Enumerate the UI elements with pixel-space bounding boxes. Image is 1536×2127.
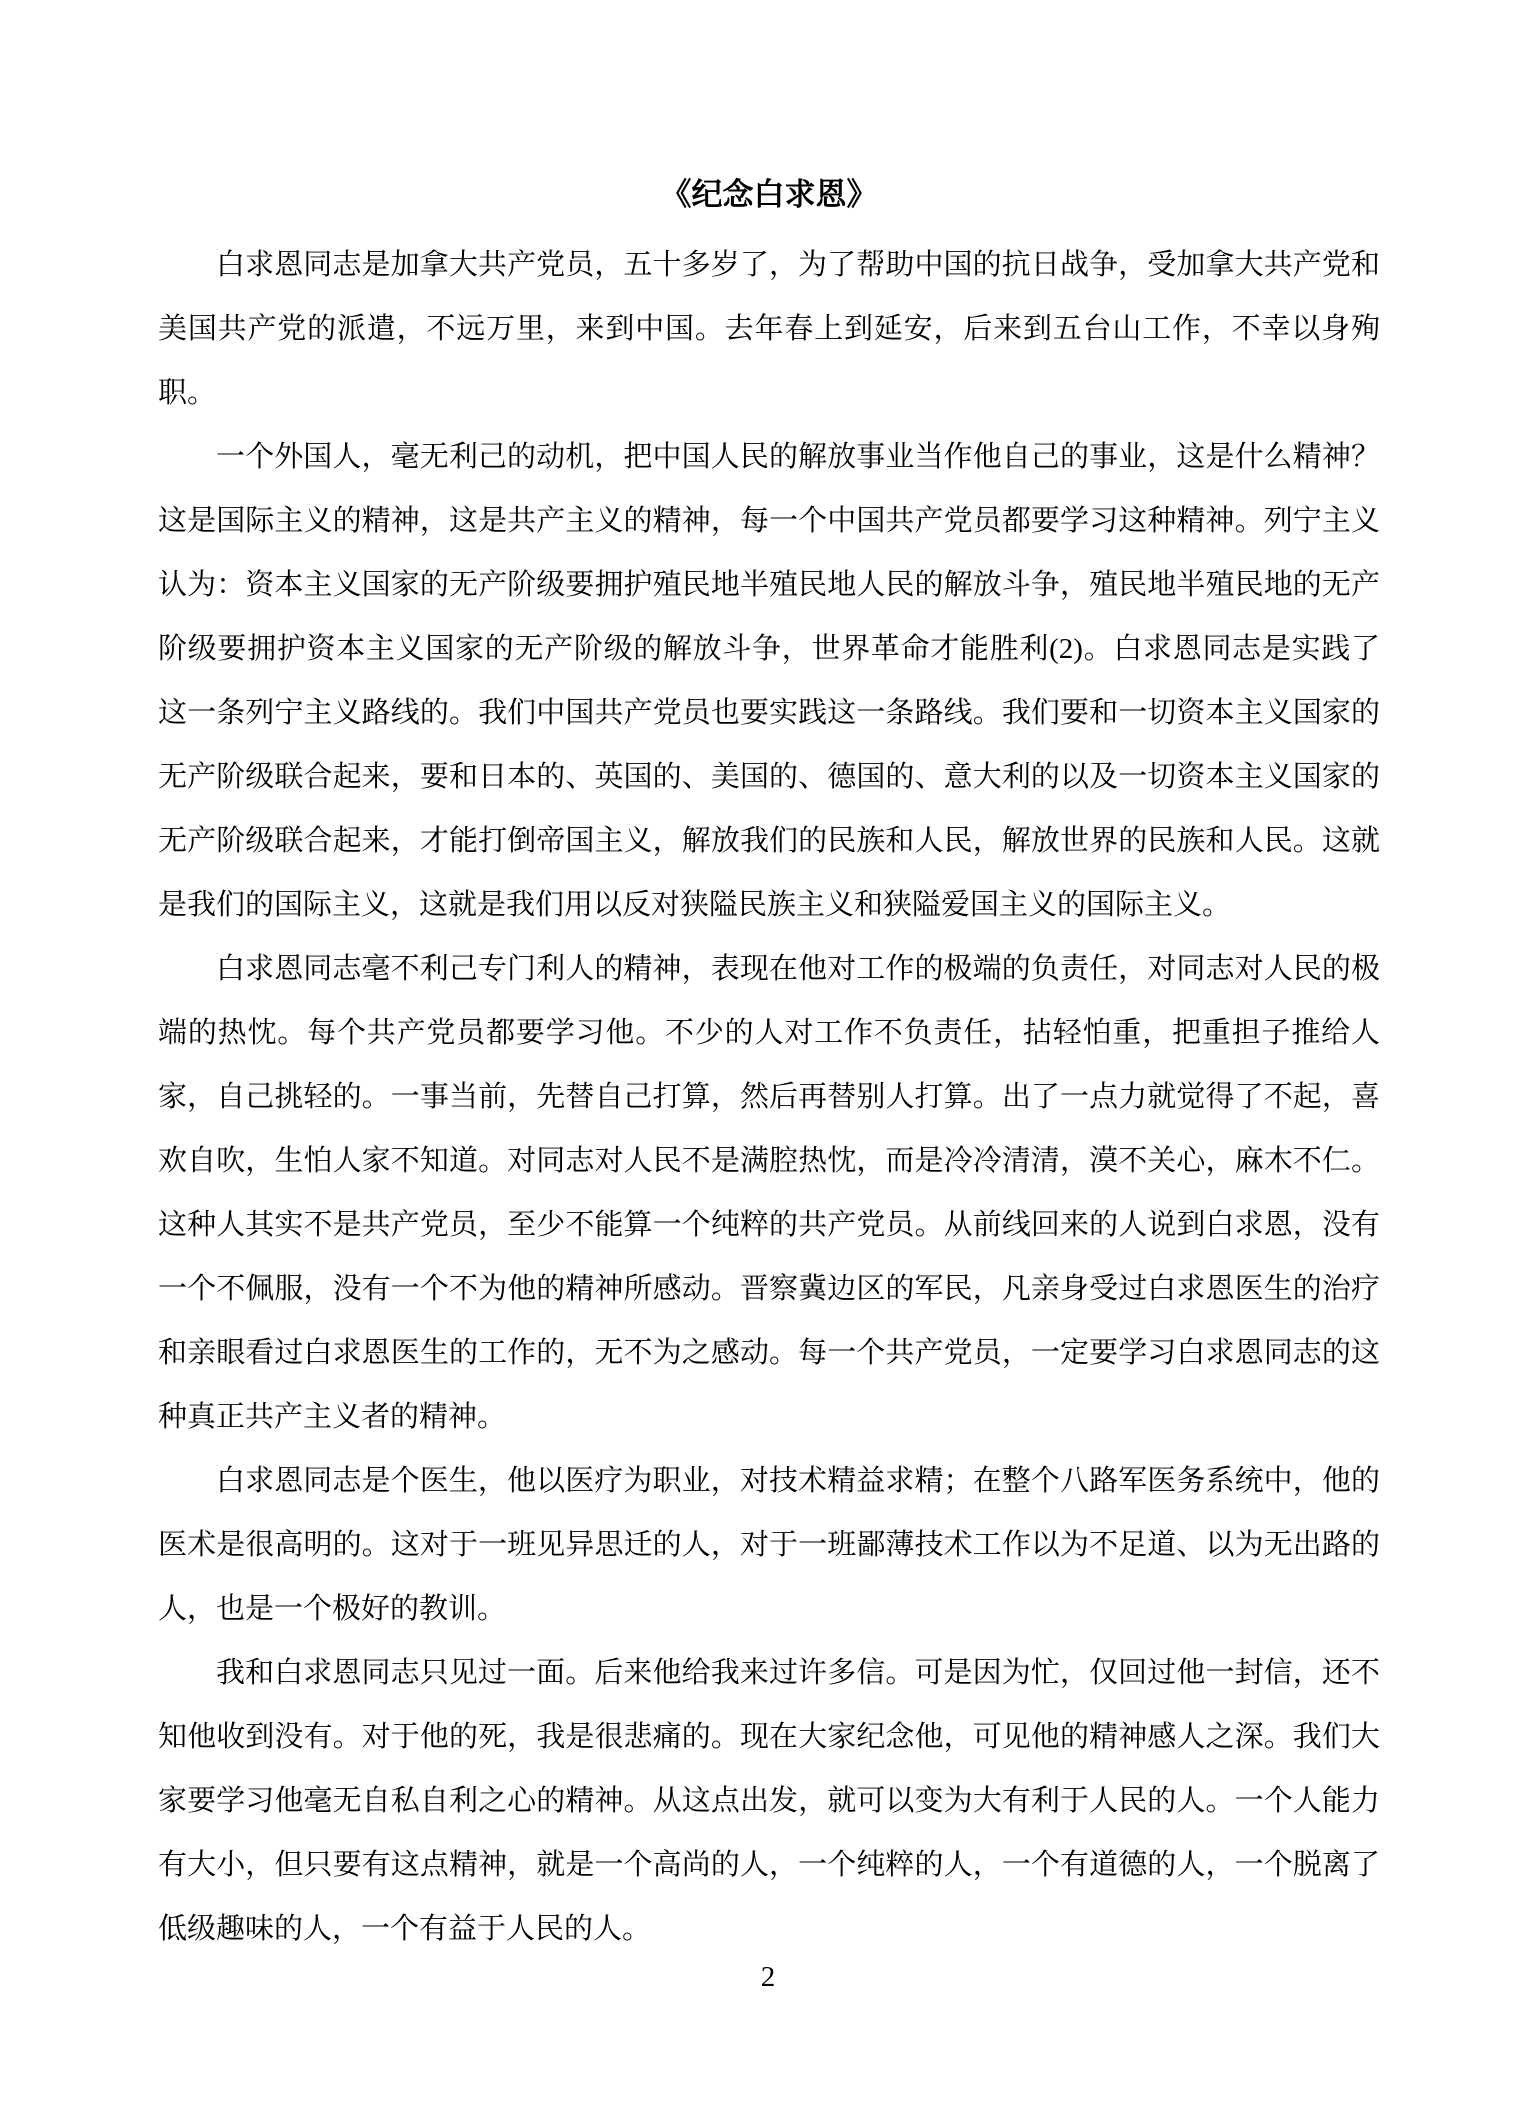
paragraph: 白求恩同志毫不利己专门利人的精神，表现在他对工作的极端的负责任，对同志对人民的极… <box>158 937 1380 1449</box>
paragraph: 白求恩同志是加拿大共产党员，五十多岁了，为了帮助中国的抗日战争，受加拿大共产党和… <box>158 233 1380 425</box>
paragraph: 一个外国人，毫无利己的动机，把中国人民的解放事业当作他自己的事业，这是什么精神？… <box>158 425 1380 937</box>
document-page: 《纪念白求恩》 白求恩同志是加拿大共产党员，五十多岁了，为了帮助中国的抗日战争，… <box>0 0 1536 2127</box>
paragraph: 我和白求恩同志只见过一面。后来他给我来过许多信。可是因为忙，仅回过他一封信，还不… <box>158 1641 1380 1961</box>
document-body: 白求恩同志是加拿大共产党员，五十多岁了，为了帮助中国的抗日战争，受加拿大共产党和… <box>158 233 1380 1961</box>
paragraph: 白求恩同志是个医生，他以医疗为职业，对技术精益求精；在整个八路军医务系统中，他的… <box>158 1449 1380 1641</box>
page-number: 2 <box>0 1962 1536 1992</box>
document-title: 《纪念白求恩》 <box>158 175 1380 215</box>
